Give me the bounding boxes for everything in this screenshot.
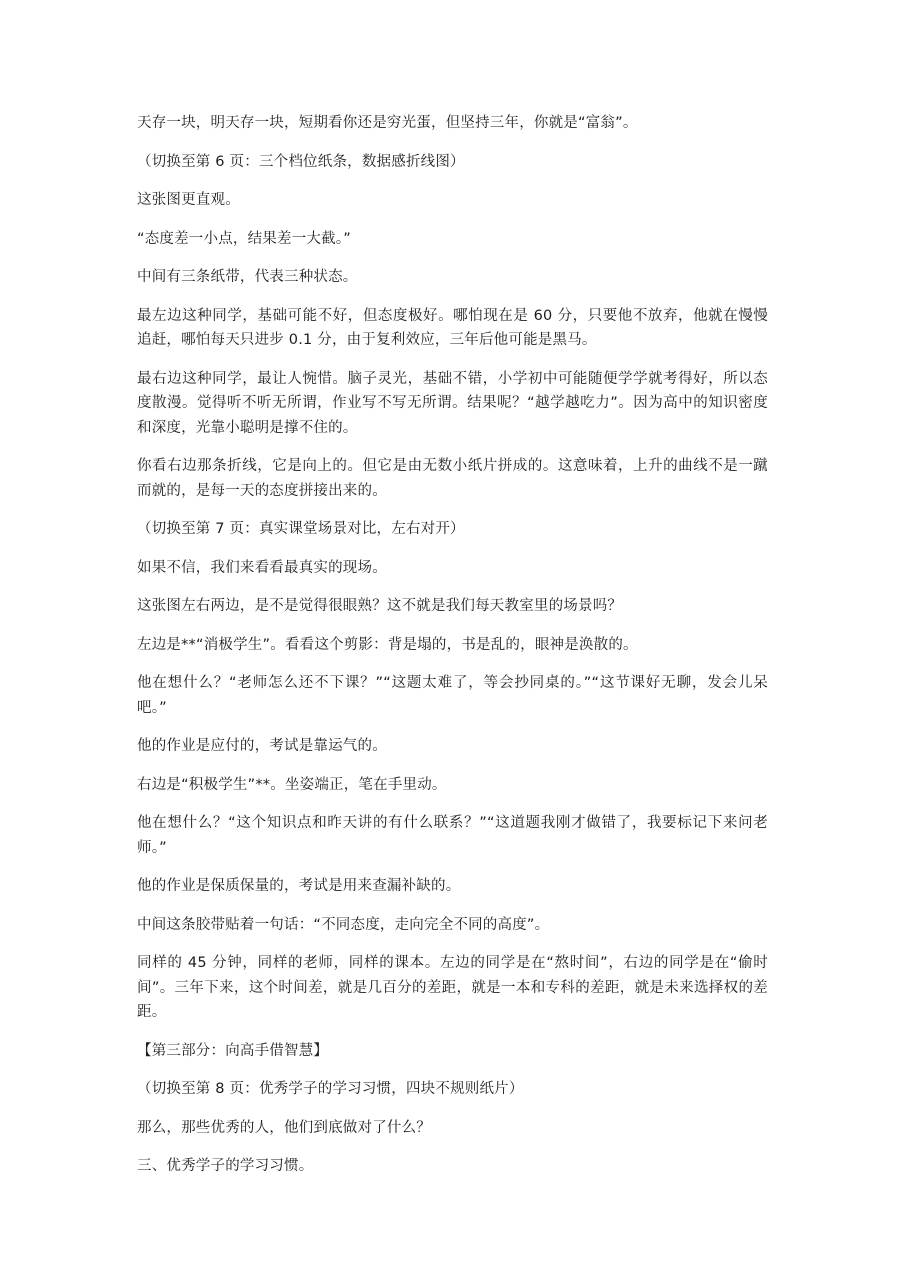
paragraph-slide-cue: （切换至第 8 页：优秀学子的学习习惯，四块不规则纸片） — [137, 1077, 768, 1102]
paragraph: 他的作业是保质保量的，考试是用来查漏补缺的。 — [137, 874, 768, 899]
paragraph: 如果不信，我们来看看最真实的现场。 — [137, 556, 768, 581]
paragraph: 他的作业是应付的，考试是靠运气的。 — [137, 734, 768, 759]
paragraph: 最右边这种同学，最让人惋惜。脑子灵光，基础不错，小学初中可能随便学学就考得好，所… — [137, 367, 768, 441]
paragraph-slide-cue: （切换至第 7 页：真实课堂场景对比，左右对开） — [137, 517, 768, 542]
document-text-body: 天存一块，明天存一块，短期看你还是穷光蛋，但坚持三年，你就是“富翁”。 （切换至… — [137, 111, 768, 1193]
paragraph-quote: “态度差一小点，结果差一大截。” — [137, 227, 768, 252]
paragraph: 那么，那些优秀的人，他们到底做对了什么？ — [137, 1116, 768, 1141]
paragraph: 最左边这种同学，基础可能不好，但态度极好。哪怕现在是 60 分，只要他不放弃，他… — [137, 304, 768, 353]
paragraph: 你看右边那条折线，它是向上的。但它是由无数小纸片拼成的。这意味着，上升的曲线不是… — [137, 454, 768, 503]
paragraph: 左边是**“消极学生”。看看这个剪影：背是塌的，书是乱的，眼神是涣散的。 — [137, 633, 768, 658]
paragraph-slide-cue: （切换至第 6 页：三个档位纸条，数据感折线图） — [137, 150, 768, 175]
paragraph: 天存一块，明天存一块，短期看你还是穷光蛋，但坚持三年，你就是“富翁”。 — [137, 111, 768, 136]
paragraph: 中间有三条纸带，代表三种状态。 — [137, 265, 768, 290]
document-page: 天存一块，明天存一块，短期看你还是穷光蛋，但坚持三年，你就是“富翁”。 （切换至… — [0, 0, 900, 1286]
paragraph-section-header: 【第三部分：向高手借智慧】 — [137, 1039, 768, 1064]
paragraph-list-heading: 三、优秀学子的学习习惯。 — [137, 1154, 768, 1179]
paragraph: 这张图更直观。 — [137, 188, 768, 213]
paragraph: 他在想什么？“老师怎么还不下课？”“这题太难了，等会抄同桌的。”“这节课好无聊，… — [137, 671, 768, 720]
paragraph: 同样的 45 分钟，同样的老师，同样的课本。左边的同学是在“熬时间”，右边的同学… — [137, 951, 768, 1025]
paragraph: 他在想什么？“这个知识点和昨天讲的有什么联系？”“这道题我刚才做错了，我要标记下… — [137, 811, 768, 860]
paragraph: 中间这条胶带贴着一句话：“不同态度，走向完全不同的高度”。 — [137, 913, 768, 938]
paragraph: 这张图左右两边，是不是觉得很眼熟？这不就是我们每天教室里的场景吗？ — [137, 594, 768, 619]
paragraph: 右边是“积极学生”**。坐姿端正，笔在手里动。 — [137, 773, 768, 798]
